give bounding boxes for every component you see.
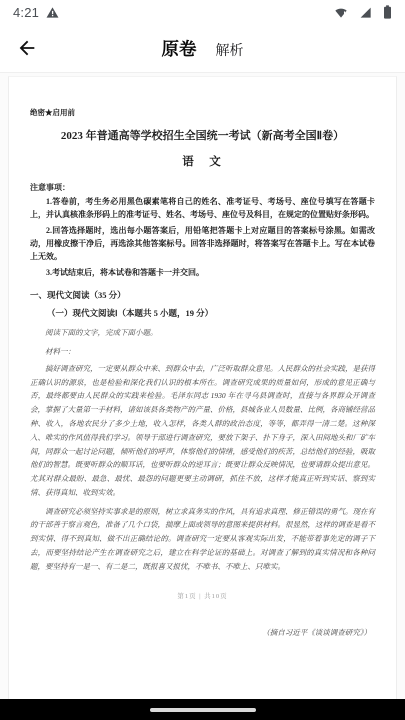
arrow-left-icon: [16, 47, 38, 62]
wifi-icon: [334, 6, 348, 19]
battery-icon: [383, 5, 392, 19]
notice-heading: 注意事项：: [30, 182, 375, 193]
reading-instruction: 阅读下面的文字，完成下面小题。: [30, 327, 375, 338]
status-icons-right: [327, 5, 392, 19]
tab-analysis[interactable]: 解析: [216, 40, 244, 60]
document-viewer[interactable]: 绝密★启用前 2023 年普通高等学校招生全国统一考试（新高考全国Ⅱ卷） 语 文…: [0, 72, 405, 720]
passage-citation: （摘自习近平《谈谈调查研究》）: [30, 627, 375, 638]
notice-item-1: 1.答卷前，考生务必用黑色碳素笔将自己的姓名、准考证号、考场号、座位号填写在答题…: [30, 196, 375, 222]
passage-paragraph-2: 调查研究必须坚持实事求是的原则，树立求真务实的作风，具有追求真理、修正错误的勇气…: [30, 505, 375, 574]
app-bar: 原卷 解析: [0, 24, 405, 72]
page-number: 第1页 | 共10页: [30, 591, 375, 600]
warning-icon: [46, 6, 59, 19]
back-button[interactable]: [16, 37, 38, 59]
home-indicator[interactable]: [150, 708, 256, 712]
subsection-heading: （一）现代文阅读Ⅰ（本题共 5 小题，19 分）: [30, 307, 375, 319]
section-heading: 一、现代文阅读（35 分）: [30, 289, 375, 301]
exam-subject: 语 文: [30, 153, 375, 169]
gesture-nav-bar[interactable]: [0, 699, 405, 720]
cellular-signal-icon: [359, 6, 372, 19]
classification-label: 绝密★启用前: [30, 107, 375, 118]
exam-title: 2023 年普通高等学校招生全国统一考试（新高考全国Ⅱ卷）: [30, 127, 375, 143]
tab-original-paper[interactable]: 原卷: [162, 36, 197, 61]
notice-item-3: 3.考试结束后，将本试卷和答题卡一并交回。: [30, 267, 375, 280]
clock: 4:21: [13, 5, 39, 20]
passage-paragraph-1: 搞好调查研究，一定要从群众中来、到群众中去，广泛听取群众意见。人民群众的社会实践…: [30, 362, 375, 500]
tab-bar: 原卷 解析: [162, 36, 244, 61]
screen: 4:21 原卷 解析 绝密★启用前: [0, 0, 405, 720]
exam-paper-page: 绝密★启用前 2023 年普通高等学校招生全国统一考试（新高考全国Ⅱ卷） 语 文…: [8, 76, 397, 720]
status-bar: 4:21: [0, 0, 405, 24]
notice-item-2: 2.回答选择题时，选出每小题答案后，用铅笔把答题卡上对应题目的答案标号涂黑。如需…: [30, 225, 375, 264]
material-label: 材料一：: [30, 346, 375, 357]
